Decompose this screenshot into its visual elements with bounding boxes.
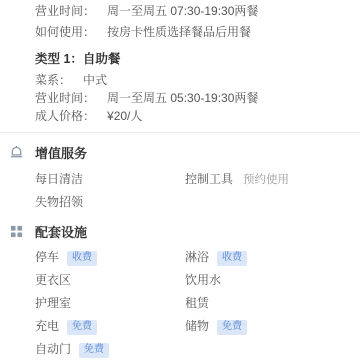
fee-badge[interactable]: 收费 [67, 251, 97, 266]
type-row-hours: 营业时间：周一至周五 05:30-19:30两餐 [35, 91, 258, 105]
info-label: 成人价格： [35, 109, 95, 123]
facility-item: 储物免费 [185, 319, 247, 335]
services-section-title: 增值服务 [35, 143, 87, 162]
facility-item: 更衣区 [35, 273, 71, 287]
section-divider [0, 132, 360, 133]
fee-badge[interactable]: 免费 [79, 343, 109, 358]
facility-item: 租赁 [185, 296, 209, 310]
service-bell-icon [9, 145, 24, 160]
fee-badge[interactable]: 收费 [217, 251, 247, 266]
info-label: 如何使用： [35, 25, 95, 39]
facilities-section-title: 配套设施 [35, 222, 87, 241]
facility-detail-page: 营业时间：周一至周五 07:30-19:30两餐 如何使用：按房卡性质选择餐品后… [0, 0, 360, 360]
fee-badge[interactable]: 免费 [217, 320, 247, 335]
facility-item: 充电免费 [35, 319, 97, 335]
info-value: ¥20/人 [107, 109, 142, 123]
facility-item: 停车收费 [35, 250, 97, 266]
type-row-cuisine: 菜系：中式 [35, 73, 107, 87]
facilities-grid-icon [9, 224, 24, 239]
info-label: 营业时间： [35, 4, 95, 18]
info-value: 中式 [83, 73, 107, 87]
info-label: 营业时间： [35, 91, 95, 105]
info-value: 周一至周五 05:30-19:30两餐 [107, 91, 258, 105]
info-row-hours: 营业时间：周一至周五 07:30-19:30两餐 [35, 4, 258, 18]
service-item-daily-clean: 每日清洁 [35, 172, 83, 186]
service-item-lost-found: 失物招领 [35, 195, 83, 209]
facility-item: 淋浴收费 [185, 250, 247, 266]
fee-badge[interactable]: 免费 [67, 320, 97, 335]
facility-item: 自动门免费 [35, 342, 109, 358]
type-heading: 类型 1：自助餐 [35, 52, 120, 66]
facility-item: 护理室 [35, 296, 71, 310]
facility-item: 饮用水 [185, 273, 221, 287]
info-value: 按房卡性质选择餐品后用餐 [107, 25, 251, 39]
service-note: 预约使用 [243, 174, 289, 186]
info-value: 周一至周五 07:30-19:30两餐 [107, 4, 258, 18]
type-row-price: 成人价格：¥20/人 [35, 109, 142, 123]
info-row-usage: 如何使用：按房卡性质选择餐品后用餐 [35, 25, 251, 39]
service-item-control-tools: 控制工具预约使用 [185, 172, 289, 187]
info-label: 菜系： [35, 73, 71, 87]
